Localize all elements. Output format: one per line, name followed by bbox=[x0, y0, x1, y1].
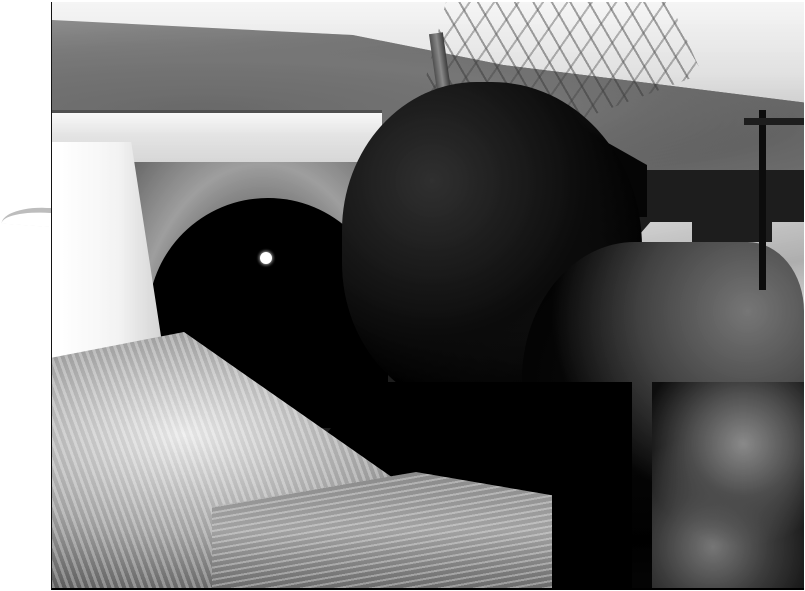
right-foliage bbox=[652, 382, 804, 588]
bridge-photograph bbox=[51, 2, 804, 590]
light-spot bbox=[260, 252, 272, 264]
signpost bbox=[759, 110, 766, 290]
signpost-arm bbox=[744, 118, 804, 125]
